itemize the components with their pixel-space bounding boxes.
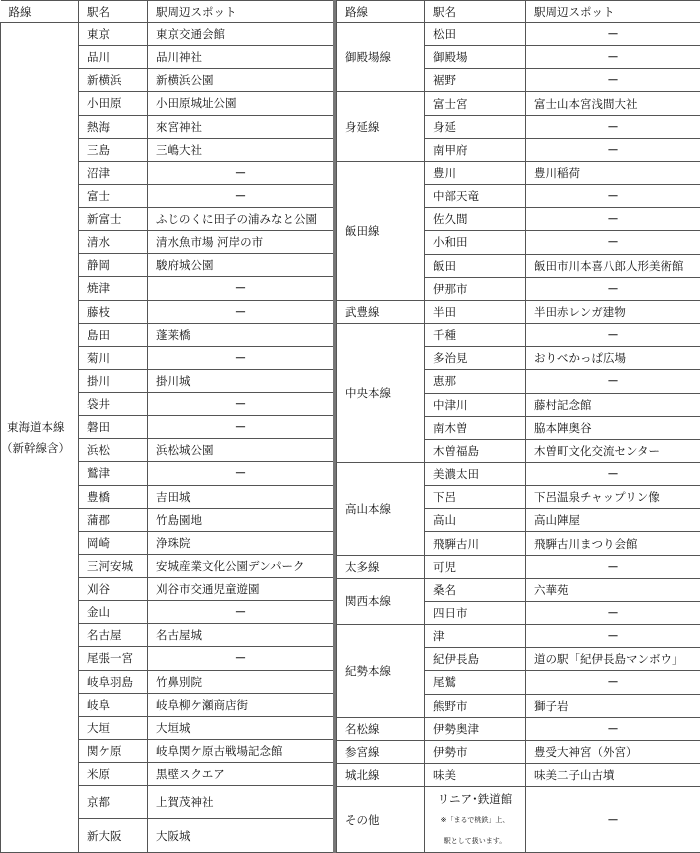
station-name: リニア･鉄道館	[425, 788, 525, 810]
left-table: 路線 駅名 駅周辺スポット 東海道本線（新幹線含）東京東京交通会館品川品川神社新…	[0, 0, 336, 853]
station-cell: 佐久間	[425, 208, 526, 231]
station-cell: 大垣	[79, 716, 148, 739]
station-cell: 御殿場	[425, 46, 526, 69]
table-row-other: その他リニア･鉄道館※「まるで桃鉄」上、駅として扱います。－	[337, 787, 700, 853]
line-cell: その他	[337, 787, 425, 853]
station-cell: 新大阪	[79, 819, 148, 853]
header-line: 路線	[337, 1, 425, 23]
station-cell: 小和田	[425, 231, 526, 254]
table-row: 身延線富士宮富士山本宮浅間大社	[337, 92, 700, 115]
line-cell: 武豊線	[337, 300, 425, 323]
spot-cell: －	[526, 23, 700, 46]
station-cell: 新富士	[79, 208, 148, 231]
station-cell: 静岡	[79, 254, 148, 277]
line-cell: 御殿場線	[337, 23, 425, 92]
header-spot: 駅周辺スポット	[526, 1, 700, 23]
station-cell: 飛騨古川	[425, 532, 526, 555]
spot-cell: 浜松城公園	[148, 439, 335, 462]
spot-cell: 味美二子山古墳	[526, 764, 700, 787]
station-cell: 裾野	[425, 69, 526, 92]
station-cell: 中部天竜	[425, 185, 526, 208]
station-cell: 中津川	[425, 393, 526, 416]
spot-cell: －	[148, 462, 335, 485]
spot-cell: 三嶋大社	[148, 138, 335, 161]
spot-cell: 下呂温泉チャップリン像	[526, 486, 700, 509]
spot-cell: 飯田市川本喜八郎人形美術館	[526, 254, 700, 277]
spot-cell: －	[148, 161, 335, 184]
spot-cell: －	[148, 647, 335, 670]
spot-cell: －	[148, 416, 335, 439]
station-cell: 袋井	[79, 393, 148, 416]
spot-cell: 東京交通会館	[148, 23, 335, 46]
spot-cell: －	[148, 393, 335, 416]
station-cell: 半田	[425, 300, 526, 323]
spot-cell: －	[526, 462, 700, 485]
table-row: 太多線可児－	[337, 555, 700, 578]
station-cell: 品川	[79, 46, 148, 69]
spot-cell: 竹島園地	[148, 508, 335, 531]
station-cell: 蒲郡	[79, 508, 148, 531]
station-cell: 掛川	[79, 369, 148, 392]
table-row: 飯田線豊川豊川稲荷	[337, 161, 700, 184]
header-line: 路線	[1, 1, 79, 23]
spot-cell: 豊受大神宮（外宮）	[526, 740, 700, 763]
station-cell: 関ケ原	[79, 739, 148, 762]
spot-cell: 品川神社	[148, 46, 335, 69]
spot-cell: －	[526, 208, 700, 231]
spot-cell: 刈谷市交通児童遊園	[148, 578, 335, 601]
station-cell: 金山	[79, 601, 148, 624]
station-cell: 富士	[79, 184, 148, 207]
station-cell: 富士宮	[425, 92, 526, 115]
station-cell: 尾鷲	[425, 671, 526, 694]
table-row: 関西本線桑名六華苑	[337, 578, 700, 601]
spot-cell: －	[148, 346, 335, 369]
table-row: 高山本線美濃太田－	[337, 462, 700, 485]
spot-cell: －	[148, 184, 335, 207]
station-cell: 熊野市	[425, 694, 526, 717]
station-cell: 三島	[79, 138, 148, 161]
station-cell: 伊勢奥津	[425, 717, 526, 740]
line-note: （新幹線含）	[1, 440, 78, 456]
spot-cell: 富士山本宮浅間大社	[526, 92, 700, 115]
station-cell: 下呂	[425, 486, 526, 509]
header-spot: 駅周辺スポット	[148, 1, 335, 23]
spot-cell: 新横浜公園	[148, 69, 335, 92]
station-cell: 岐阜	[79, 693, 148, 716]
line-cell: 高山本線	[337, 462, 425, 555]
spot-cell: 掛川城	[148, 369, 335, 392]
station-cell: 味美	[425, 764, 526, 787]
spot-cell: －	[148, 277, 335, 300]
station-cell: 津	[425, 625, 526, 648]
station-cell: 島田	[79, 323, 148, 346]
station-cell: 伊勢市	[425, 740, 526, 763]
table-row: 東海道本線（新幹線含）東京東京交通会館	[1, 23, 335, 46]
station-cell: 南甲府	[425, 138, 526, 161]
spot-cell: 六華苑	[526, 578, 700, 601]
station-cell: 刈谷	[79, 578, 148, 601]
spot-cell: －	[148, 300, 335, 323]
table-row: 中央本線千種－	[337, 324, 700, 347]
spot-cell: －	[526, 231, 700, 254]
spot-cell: －	[526, 138, 700, 161]
station-cell: 伊那市	[425, 277, 526, 300]
station-cell: 三河安城	[79, 554, 148, 577]
line-cell: 身延線	[337, 92, 425, 161]
station-cell: 木曽福島	[425, 439, 526, 462]
station-cell: 美濃太田	[425, 462, 526, 485]
spot-cell: 飛騨古川まつり会館	[526, 532, 700, 555]
station-note: ※「まるで桃鉄」上、	[425, 810, 525, 830]
table-row: 紀勢本線津－	[337, 625, 700, 648]
station-cell: 尾張一宮	[79, 647, 148, 670]
station-cell: 菊川	[79, 346, 148, 369]
line-cell: 関西本線	[337, 578, 425, 624]
spot-cell: 半田赤レンガ建物	[526, 300, 700, 323]
spot-cell: 高山陣屋	[526, 509, 700, 532]
spot-cell: 竹鼻別院	[148, 670, 335, 693]
spot-cell: 木曽町文化交流センター	[526, 439, 700, 462]
spot-cell: －	[526, 601, 700, 624]
station-cell: 藤枝	[79, 300, 148, 323]
station-cell: 恵那	[425, 370, 526, 393]
line-cell: 城北線	[337, 764, 425, 787]
station-cell: 浜松	[79, 439, 148, 462]
spot-cell: －	[526, 787, 700, 853]
spot-cell: 名古屋城	[148, 624, 335, 647]
station-cell: 四日市	[425, 601, 526, 624]
header-station: 駅名	[425, 1, 526, 23]
line-cell: 紀勢本線	[337, 625, 425, 718]
spot-cell: 獅子岩	[526, 694, 700, 717]
spot-cell: 駿府城公園	[148, 254, 335, 277]
station-cell: 千種	[425, 324, 526, 347]
header-station: 駅名	[79, 1, 148, 23]
station-cell: 紀伊長島	[425, 648, 526, 671]
line-cell: 東海道本線（新幹線含）	[1, 23, 79, 853]
station-cell: 身延	[425, 115, 526, 138]
spot-cell: 黒壁スクエア	[148, 763, 335, 786]
spot-cell: －	[526, 46, 700, 69]
line-cell: 飯田線	[337, 161, 425, 300]
spot-cell: ふじのくに田子の浦みなと公園	[148, 208, 335, 231]
header-row: 路線 駅名 駅周辺スポット	[337, 1, 700, 23]
station-cell: 可児	[425, 555, 526, 578]
station-cell: 高山	[425, 509, 526, 532]
spot-cell: 安城産業文化公園デンパーク	[148, 554, 335, 577]
station-cell: 飯田	[425, 254, 526, 277]
spot-cell: 藤村記念館	[526, 393, 700, 416]
station-cell: 米原	[79, 763, 148, 786]
spot-cell: －	[526, 69, 700, 92]
station-cell: 沼津	[79, 161, 148, 184]
spot-cell: 吉田城	[148, 485, 335, 508]
spot-cell: －	[526, 324, 700, 347]
station-cell: 鷲津	[79, 462, 148, 485]
spot-cell: －	[526, 277, 700, 300]
station-cell: 小田原	[79, 92, 148, 115]
spot-cell: 岐阜関ケ原古戦場記念館	[148, 739, 335, 762]
spot-cell: －	[526, 555, 700, 578]
table-row: 城北線味美味美二子山古墳	[337, 764, 700, 787]
line-cell: 名松線	[337, 717, 425, 740]
station-cell: 新横浜	[79, 69, 148, 92]
station-cell: 京都	[79, 786, 148, 819]
right-table: 路線 駅名 駅周辺スポット 御殿場線松田－御殿場－裾野－身延線富士宮富士山本宮浅…	[336, 0, 700, 853]
station-cell: リニア･鉄道館※「まるで桃鉄」上、駅として扱います。	[425, 787, 526, 853]
table-row: 武豊線半田半田赤レンガ建物	[337, 300, 700, 323]
spot-cell: 小田原城址公園	[148, 92, 335, 115]
spot-cell: 清水魚市場 河岸の市	[148, 231, 335, 254]
spot-cell: 蓬莱橋	[148, 323, 335, 346]
spot-cell: －	[526, 370, 700, 393]
spot-cell: 豊川稲荷	[526, 161, 700, 184]
spot-cell: －	[526, 625, 700, 648]
table-row: 名松線伊勢奥津－	[337, 717, 700, 740]
spot-cell: 岐阜柳ケ瀬商店街	[148, 693, 335, 716]
spot-cell: 大阪城	[148, 819, 335, 853]
spot-cell: －	[526, 717, 700, 740]
line-cell: 参宮線	[337, 740, 425, 763]
spot-cell: 道の駅「紀伊長島マンボウ」	[526, 648, 700, 671]
table-row: 御殿場線松田－	[337, 23, 700, 46]
station-cell: 岐阜羽島	[79, 670, 148, 693]
spot-cell: おりべかっぱ広場	[526, 347, 700, 370]
spot-cell: 上賀茂神社	[148, 786, 335, 819]
spot-cell: －	[526, 185, 700, 208]
header-row: 路線 駅名 駅周辺スポット	[1, 1, 335, 23]
station-spot-tables: 路線 駅名 駅周辺スポット 東海道本線（新幹線含）東京東京交通会館品川品川神社新…	[0, 0, 700, 853]
line-cell: 中央本線	[337, 324, 425, 463]
station-cell: 名古屋	[79, 624, 148, 647]
station-cell: 熱海	[79, 115, 148, 138]
table-row: 参宮線伊勢市豊受大神宮（外宮）	[337, 740, 700, 763]
station-cell: 豊橋	[79, 485, 148, 508]
station-cell: 桑名	[425, 578, 526, 601]
station-cell: 南木曽	[425, 416, 526, 439]
line-cell: 太多線	[337, 555, 425, 578]
station-cell: 東京	[79, 23, 148, 46]
station-cell: 岡崎	[79, 531, 148, 554]
spot-cell: 脇本陣奥谷	[526, 416, 700, 439]
station-cell: 清水	[79, 231, 148, 254]
spot-cell: －	[526, 115, 700, 138]
station-cell: 多治見	[425, 347, 526, 370]
station-note: 駅として扱います。	[425, 830, 525, 852]
station-cell: 松田	[425, 23, 526, 46]
line-name: 東海道本線	[7, 419, 78, 435]
spot-cell: 大垣城	[148, 716, 335, 739]
spot-cell: 來宮神社	[148, 115, 335, 138]
station-cell: 豊川	[425, 161, 526, 184]
station-cell: 焼津	[79, 277, 148, 300]
station-cell: 磐田	[79, 416, 148, 439]
spot-cell: －	[148, 601, 335, 624]
spot-cell: 浄珠院	[148, 531, 335, 554]
spot-cell: －	[526, 671, 700, 694]
